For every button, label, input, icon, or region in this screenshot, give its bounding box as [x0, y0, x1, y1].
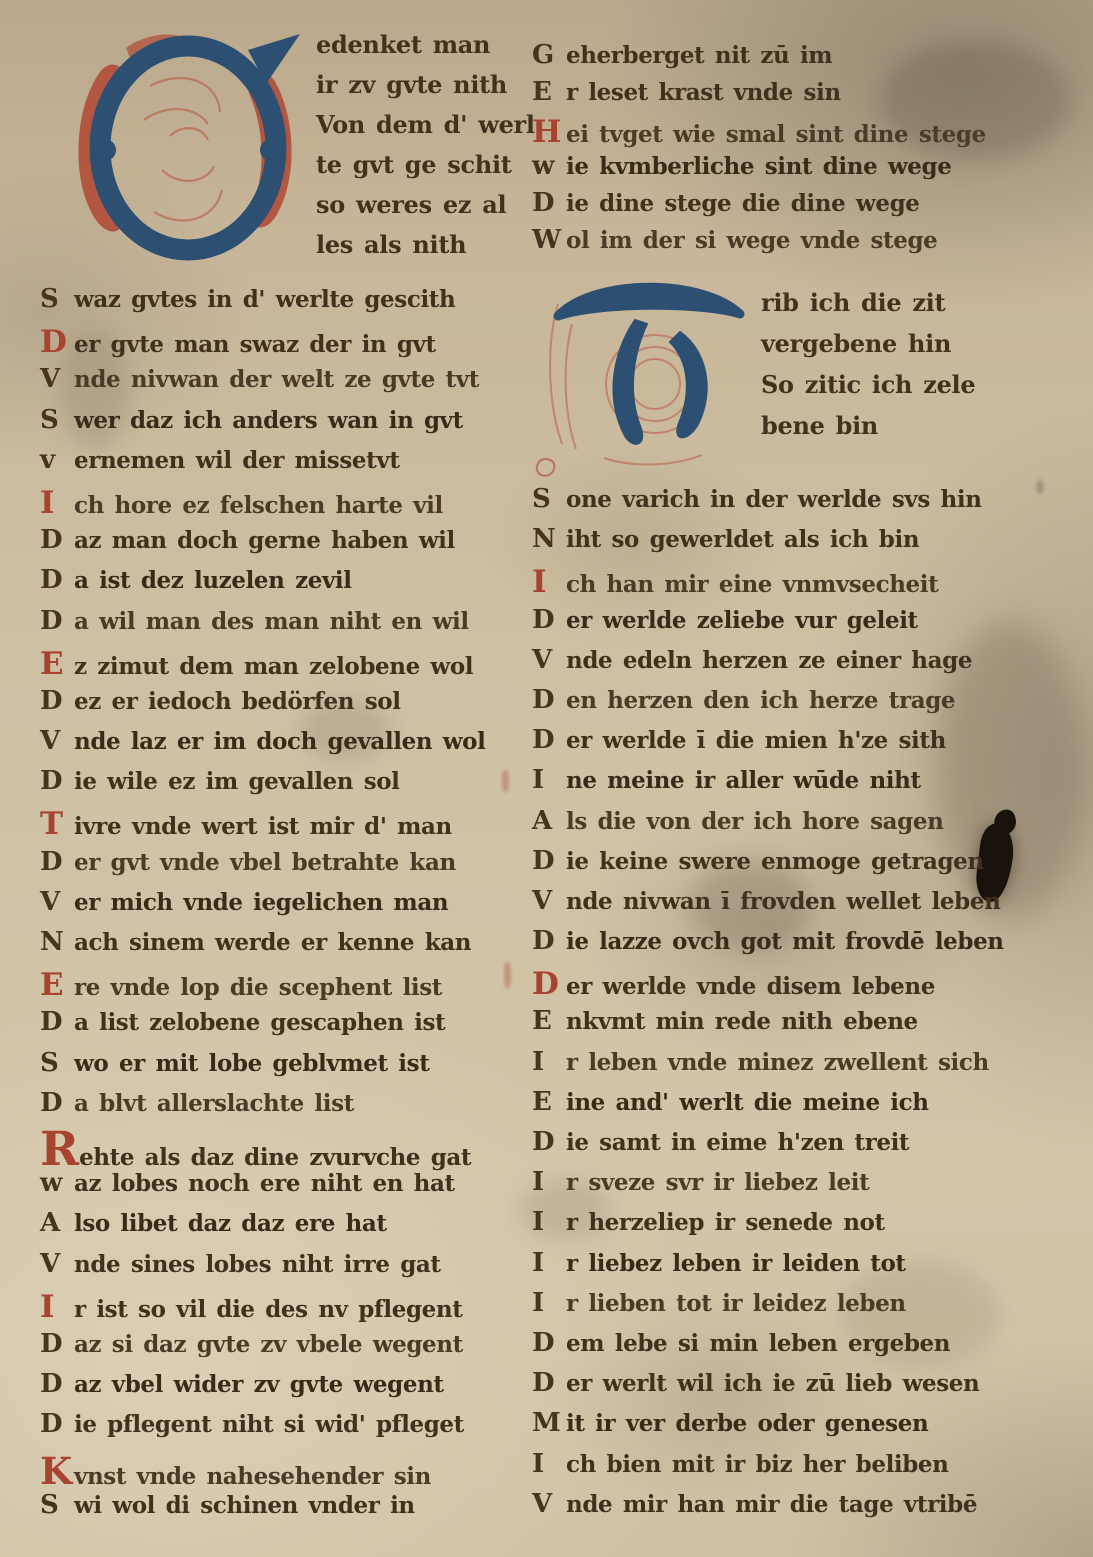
verse-line: D ie pflegent niht si wid' pfleget: [40, 1409, 532, 1449]
line-initial: D: [532, 685, 566, 715]
verse-line: N iht so gewerldet als ich bin: [532, 524, 1084, 564]
line-initial: D: [40, 565, 74, 595]
line-text: re vnde lop die scephent list: [74, 974, 442, 1001]
verse-line: w az lobes noch ere niht en hat: [40, 1168, 532, 1208]
verse-line: V nde sines lobes niht irre gat: [40, 1249, 532, 1289]
line-initial: D: [40, 1409, 74, 1439]
verse-line: A ls die von der ich hore sagen: [532, 806, 1084, 846]
line-initial: D: [40, 1369, 74, 1399]
verse-line: I r liebez leben ir leiden tot: [532, 1248, 1084, 1288]
verse-line: V nde laz er im doch gevallen wol: [40, 726, 532, 766]
line-text: r lieben tot ir leidez leben: [566, 1290, 906, 1317]
line-text: ine and' werlt die meine ich: [566, 1089, 929, 1116]
initial-t: T: [542, 262, 747, 471]
initial-t-ornament: [542, 262, 747, 467]
line-initial: D: [40, 1007, 74, 1037]
line-initial: I: [532, 1449, 566, 1479]
verse-line: D ie keine swere enmoge getragen: [532, 846, 1084, 886]
line-text: ie kvmberliche sint dine wege: [566, 153, 951, 180]
verse-line: I ch bien mit ir biz her beliben: [532, 1449, 1084, 1489]
verse-line: S wi wol di schinen vnder in: [40, 1490, 532, 1530]
line-text: nde nivwan ī frovden wellet leben: [566, 888, 1000, 915]
line-initial: S: [532, 484, 566, 514]
left-verse-lines: S waz gvtes in d' werlte gescith D er gv…: [40, 284, 532, 1530]
opening-line: So zitic ich zele: [761, 370, 975, 411]
line-initial: I: [532, 1207, 566, 1237]
initial-g-inner-penwork: [144, 78, 222, 221]
line-text: a blvt allerslachte list: [74, 1090, 354, 1117]
right-verse-lines: S one varich in der werlde svs hin N iht…: [532, 484, 1084, 1529]
line-initial: V: [40, 887, 74, 917]
line-initial: D: [532, 1127, 566, 1157]
verse-line: E z zimut dem man zelobene wol: [40, 646, 532, 686]
line-initial: K: [40, 1449, 74, 1493]
line-text: r ist so vil die des nv pflegent: [74, 1296, 462, 1323]
line-initial: E: [40, 967, 74, 1003]
verse-line: D em lebe si min leben ergeben: [532, 1328, 1084, 1368]
line-text: wer daz ich anders wan in gvt: [74, 407, 463, 434]
left-opening-lines: edenket manir zv gvte nithVon dem d' wer…: [316, 20, 535, 270]
line-text: ne meine ir aller wūde niht: [566, 767, 921, 794]
line-initial: D: [532, 188, 566, 218]
opening-line: rib ich die zit: [761, 288, 975, 329]
left-opening: G: [40, 20, 532, 276]
line-text: ez er iedoch bedörfen sol: [74, 688, 401, 715]
verse-line: I r sveze svr ir liebez leit: [532, 1167, 1084, 1207]
line-text: wi wol di schinen vnder in: [74, 1492, 415, 1519]
line-text: r leset krast vnde sin: [566, 79, 841, 106]
line-initial: I: [532, 1248, 566, 1278]
line-initial: E: [532, 77, 566, 107]
line-initial: D: [40, 847, 74, 877]
line-text: az lobes noch ere niht en hat: [74, 1170, 455, 1197]
line-text: a list zelobene gescaphen ist: [74, 1009, 445, 1036]
line-text: iht so gewerldet als ich bin: [566, 526, 919, 553]
verse-line: D az man doch gerne haben wil: [40, 525, 532, 565]
line-initial: G: [532, 40, 566, 70]
line-initial: D: [532, 725, 566, 755]
verse-line: D er gvt vnde vbel betrahte kan: [40, 847, 532, 887]
verse-line: G eherberget nit zū im: [532, 40, 1084, 77]
line-initial: S: [40, 1490, 74, 1520]
line-initial: D: [532, 966, 566, 1002]
verse-line: V nde nivwan ī frovden wellet leben: [532, 886, 1084, 926]
line-text: one varich in der werlde svs hin: [566, 486, 982, 513]
verse-line: I r leben vnde minez zwellent sich: [532, 1047, 1084, 1087]
right-top-lines: G eherberget nit zū im E r leset krast v…: [532, 28, 1084, 262]
manuscript-page: G: [0, 0, 1093, 1557]
verse-line: V er mich vnde iegelichen man: [40, 887, 532, 927]
line-initial: S: [40, 1048, 74, 1078]
verse-line: D a list zelobene gescaphen ist: [40, 1007, 532, 1047]
line-text: waz gvtes in d' werlte gescith: [74, 286, 455, 313]
line-initial: w: [532, 151, 566, 181]
line-text: en herzen den ich herze trage: [566, 687, 955, 714]
verse-line: D ie samt in eime h'zen treit: [532, 1127, 1084, 1167]
line-initial: H: [532, 114, 566, 150]
line-text: ie dine stege die dine wege: [566, 190, 919, 217]
line-initial: I: [532, 765, 566, 795]
verse-line: M it ir ver derbe oder genesen: [532, 1408, 1084, 1448]
line-text: ie samt in eime h'zen treit: [566, 1129, 909, 1156]
line-text: nde nivwan der welt ze gvte tvt: [74, 366, 479, 393]
line-initial: W: [532, 225, 566, 255]
verse-line: K vnst vnde nahesehender sin: [40, 1449, 532, 1489]
line-initial: D: [40, 525, 74, 555]
right-opening: T: [532, 262, 1084, 476]
line-text: a ist dez luzelen zevil: [74, 567, 352, 594]
line-text: r leben vnde minez zwellent sich: [566, 1049, 989, 1076]
line-text: r sveze svr ir liebez leit: [566, 1169, 869, 1196]
line-text: a wil man des man niht en wil: [74, 608, 469, 635]
line-initial: w: [40, 1168, 74, 1198]
verse-line: H ei tvget wie smal sint dine stege: [532, 114, 1084, 151]
line-initial: D: [40, 766, 74, 796]
verse-line: E ine and' werlt die meine ich: [532, 1087, 1084, 1127]
line-initial: V: [40, 1249, 74, 1279]
initial-g-ornament: [66, 20, 306, 272]
verse-line: S wer daz ich anders wan in gvt: [40, 405, 532, 445]
line-text: er gvt vnde vbel betrahte kan: [74, 849, 456, 876]
verse-line: I ch han mir eine vnmvsecheit: [532, 564, 1084, 604]
line-initial: D: [532, 605, 566, 635]
line-initial: V: [40, 726, 74, 756]
line-text: ie wile ez im gevallen sol: [74, 768, 400, 795]
line-text: ie keine swere enmoge getragen: [566, 848, 984, 875]
line-initial: D: [40, 686, 74, 716]
line-text: ch han mir eine vnmvsecheit: [566, 571, 938, 598]
line-text: it ir ver derbe oder genesen: [566, 1410, 928, 1437]
line-initial: D: [532, 1368, 566, 1398]
line-text: ls die von der ich hore sagen: [566, 808, 943, 835]
right-column: G eherberget nit zū im E r leset krast v…: [532, 20, 1084, 1529]
verse-line: S waz gvtes in d' werlte gescith: [40, 284, 532, 324]
line-initial: N: [40, 927, 74, 957]
verse-line: D ie dine stege die dine wege: [532, 188, 1084, 225]
line-text: az vbel wider zv gvte wegent: [74, 1371, 444, 1398]
verse-line: S one varich in der werlde svs hin: [532, 484, 1084, 524]
opening-line: so weres ez al: [316, 190, 535, 230]
line-text: nde edeln herzen ze einer hage: [566, 647, 972, 674]
line-text: ch hore ez felschen harte vil: [74, 492, 443, 519]
opening-line: edenket man: [316, 30, 535, 70]
verse-line: I r herzeliep ir senede not: [532, 1207, 1084, 1247]
right-opening-lines: rib ich die zitvergebene hinSo zitic ich…: [761, 262, 975, 452]
line-initial: I: [532, 564, 566, 600]
line-initial: S: [40, 284, 74, 314]
line-text: ivre vnde wert ist mir d' man: [74, 813, 452, 840]
verse-line: I ch hore ez felschen harte vil: [40, 485, 532, 525]
verse-line: I r lieben tot ir leidez leben: [532, 1288, 1084, 1328]
line-text: az man doch gerne haben wil: [74, 527, 455, 554]
line-initial: T: [40, 806, 74, 842]
line-text: wo er mit lobe geblvmet ist: [74, 1050, 429, 1077]
line-initial: I: [532, 1167, 566, 1197]
line-initial: D: [40, 606, 74, 636]
verse-line: E r leset krast vnde sin: [532, 77, 1084, 114]
line-initial: N: [532, 524, 566, 554]
verse-line: D az vbel wider zv gvte wegent: [40, 1369, 532, 1409]
verse-line: I ne meine ir aller wūde niht: [532, 765, 1084, 805]
line-initial: V: [40, 364, 74, 394]
verse-line: E re vnde lop die scephent list: [40, 967, 532, 1007]
line-initial: D: [532, 1328, 566, 1358]
line-initial: V: [532, 886, 566, 916]
line-text: r liebez leben ir leiden tot: [566, 1250, 906, 1277]
verse-line: N ach sinem werde er kenne kan: [40, 927, 532, 967]
verse-line: D ie wile ez im gevallen sol: [40, 766, 532, 806]
verse-line: D er werlde zeliebe vur geleit: [532, 605, 1084, 645]
line-text: nde laz er im doch gevallen wol: [74, 728, 485, 755]
left-column: G: [40, 20, 532, 1530]
verse-line: W ol im der si wege vnde stege: [532, 225, 1084, 262]
line-text: vnst vnde nahesehender sin: [74, 1463, 431, 1490]
line-initial: E: [532, 1087, 566, 1117]
verse-line: T ivre vnde wert ist mir d' man: [40, 806, 532, 846]
line-initial: E: [532, 1006, 566, 1036]
line-text: lso libet daz daz ere hat: [74, 1210, 387, 1237]
line-initial: D: [40, 324, 74, 360]
line-initial: D: [40, 1329, 74, 1359]
line-text: er werlde ī die mien h'ze sith: [566, 727, 946, 754]
line-initial: D: [532, 846, 566, 876]
verse-line: D az si daz gvte zv vbele wegent: [40, 1329, 532, 1369]
line-text: er werlde vnde disem lebene: [566, 973, 935, 1000]
verse-line: V nde nivwan der welt ze gvte tvt: [40, 364, 532, 404]
line-text: eherberget nit zū im: [566, 42, 832, 69]
verse-line: D er werlde vnde disem lebene: [532, 966, 1084, 1006]
verse-line: D er werlt wil ich ie zū lieb wesen: [532, 1368, 1084, 1408]
line-text: nkvmt min rede nith ebene: [566, 1008, 918, 1035]
line-text: em lebe si min leben ergeben: [566, 1330, 950, 1357]
verse-line: I r ist so vil die des nv pflegent: [40, 1289, 532, 1329]
line-initial: V: [532, 645, 566, 675]
verse-line: D en herzen den ich herze trage: [532, 685, 1084, 725]
line-text: er werlde zeliebe vur geleit: [566, 607, 918, 634]
line-initial: M: [532, 1408, 566, 1438]
line-initial: D: [532, 926, 566, 956]
opening-line: les als nith: [316, 230, 535, 270]
verse-line: D er werlde ī die mien h'ze sith: [532, 725, 1084, 765]
verse-line: S wo er mit lobe geblvmet ist: [40, 1048, 532, 1088]
line-text: ie lazze ovch got mit frovdē leben: [566, 928, 1004, 955]
line-text: nde mir han mir die tage vtribē: [566, 1491, 977, 1518]
verse-line: A lso libet daz daz ere hat: [40, 1208, 532, 1248]
verse-line: D a ist dez luzelen zevil: [40, 565, 532, 605]
line-initial: I: [532, 1047, 566, 1077]
line-initial: S: [40, 405, 74, 435]
line-text: nde sines lobes niht irre gat: [74, 1251, 441, 1278]
line-text: r herzeliep ir senede not: [566, 1209, 885, 1236]
opening-line: vergebene hin: [761, 329, 975, 370]
line-text: ernemen wil der missetvt: [74, 447, 400, 474]
line-initial: A: [532, 806, 566, 836]
line-initial: D: [40, 1088, 74, 1118]
line-text: az si daz gvte zv vbele wegent: [74, 1331, 463, 1358]
line-text: ch bien mit ir biz her beliben: [566, 1451, 948, 1478]
line-initial: I: [532, 1288, 566, 1318]
verse-line: R ehte als daz dine zvurvche gat: [40, 1128, 532, 1168]
line-text: ei tvget wie smal sint dine stege: [566, 121, 986, 148]
opening-line: ir zv gvte nith: [316, 70, 535, 110]
opening-line: Von dem d' werl: [316, 110, 535, 150]
line-text: ie pflegent niht si wid' pfleget: [74, 1411, 464, 1438]
line-text: er werlt wil ich ie zū lieb wesen: [566, 1370, 979, 1397]
line-initial: I: [40, 485, 74, 521]
line-initial: v: [40, 445, 74, 475]
verse-line: V nde edeln herzen ze einer hage: [532, 645, 1084, 685]
verse-line: w ie kvmberliche sint dine wege: [532, 151, 1084, 188]
line-text: ach sinem werde er kenne kan: [74, 929, 471, 956]
line-text: er gvte man swaz der in gvt: [74, 331, 436, 358]
verse-line: D ie lazze ovch got mit frovdē leben: [532, 926, 1084, 966]
verse-line: E nkvmt min rede nith ebene: [532, 1006, 1084, 1046]
opening-line: te gvt ge schit: [316, 150, 535, 190]
verse-line: D er gvte man swaz der in gvt: [40, 324, 532, 364]
initial-g: G: [66, 20, 306, 276]
line-initial: A: [40, 1208, 74, 1238]
line-initial: V: [532, 1489, 566, 1519]
verse-line: V nde mir han mir die tage vtribē: [532, 1489, 1084, 1529]
opening-line: bene bin: [761, 411, 975, 452]
verse-line: D a wil man des man niht en wil: [40, 606, 532, 646]
line-text: ehte als daz dine zvurvche gat: [79, 1144, 471, 1171]
verse-line: D a blvt allerslachte list: [40, 1088, 532, 1128]
verse-line: D ez er iedoch bedörfen sol: [40, 686, 532, 726]
line-text: z zimut dem man zelobene wol: [74, 653, 473, 680]
line-initial: E: [40, 646, 74, 682]
line-text: ol im der si wege vnde stege: [566, 227, 937, 254]
line-text: er mich vnde iegelichen man: [74, 889, 448, 916]
line-initial: I: [40, 1289, 74, 1325]
verse-line: v ernemen wil der missetvt: [40, 445, 532, 485]
